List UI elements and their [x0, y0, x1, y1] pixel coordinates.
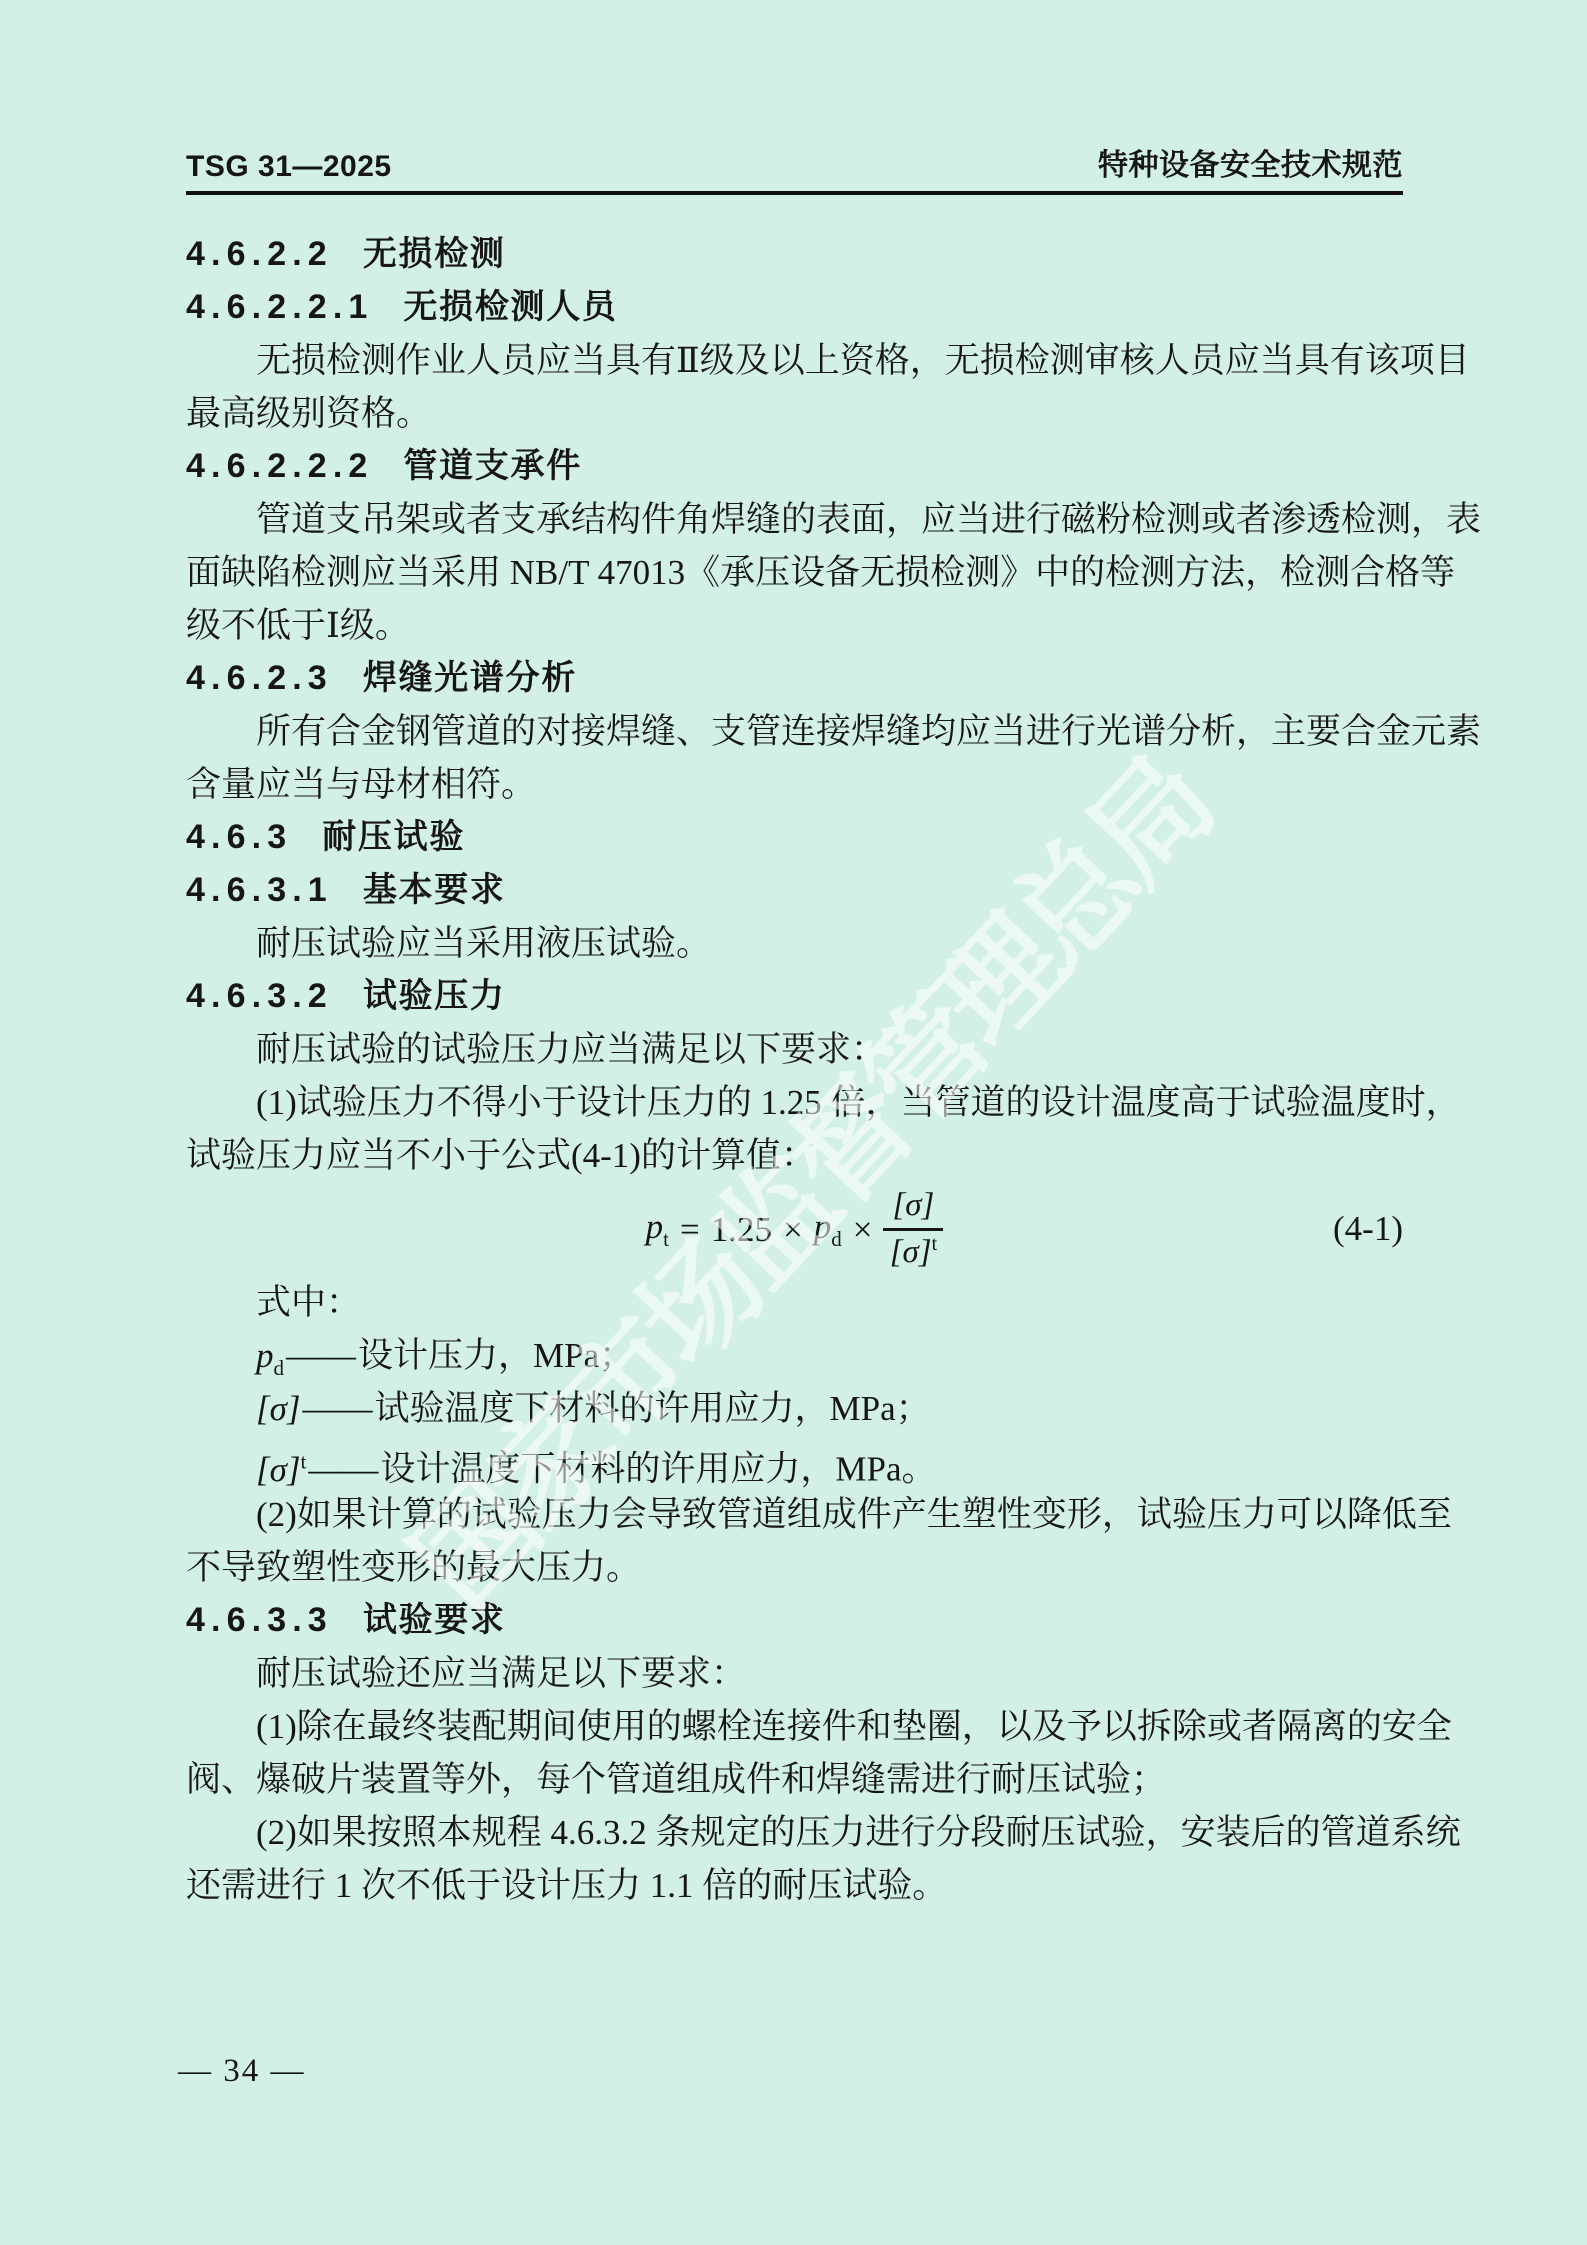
formula-lhs: pt	[646, 1209, 669, 1250]
body-line: 耐压试验还应当满足以下要求：	[186, 1647, 1403, 1700]
body-line: 试验压力应当不小于公式(4-1)的计算值：	[186, 1129, 1403, 1182]
formula-expression: pt=1.25×pd×[σ][σ]t	[646, 1187, 944, 1272]
clause-title: 无损检测	[363, 235, 506, 273]
symbol-definition: [σ]——试验温度下材料的许用应力，MPa；	[186, 1382, 1403, 1435]
body-line: 所有合金钢管道的对接焊缝、支管连接焊缝均应当进行光谱分析，主要合金元素	[186, 705, 1403, 758]
clause-number: 4.6.2.3	[186, 659, 333, 697]
clause-heading: 4.6.3耐压试验	[186, 811, 1403, 864]
body-line: (2)如果按照本规程 4.6.3.2 条规定的压力进行分段耐压试验，安装后的管道…	[186, 1806, 1403, 1859]
fraction: [σ][σ]t	[883, 1187, 943, 1272]
clause-title: 焊缝光谱分析	[363, 659, 577, 697]
equation-number: (4-1)	[1333, 1209, 1403, 1249]
body-line: 最高级别资格。	[186, 387, 1403, 440]
symbol: [σ]t	[256, 1450, 306, 1489]
document-body: 4.6.2.2无损检测 4.6.2.2.1无损检测人员 无损检测作业人员应当具有…	[186, 228, 1403, 1912]
body-line: (1)试验压力不得小于设计压力的 1.25 倍，当管道的设计温度高于试验温度时，	[186, 1076, 1403, 1129]
formula-pd: pd	[814, 1209, 842, 1250]
header-doc-title: 特种设备安全技术规范	[1098, 140, 1403, 184]
clause-number: 4.6.2.2.1	[186, 288, 373, 326]
document-page: TSG 31—2025 特种设备安全技术规范 4.6.2.2无损检测 4.6.2…	[0, 0, 1587, 2245]
clause-number: 4.6.3.2	[186, 977, 333, 1015]
symbol-definition: [σ]t——设计温度下材料的许用应力，MPa。	[186, 1435, 1403, 1488]
body-line: 式中：	[186, 1276, 1403, 1329]
clause-heading: 4.6.2.2.1无损检测人员	[186, 281, 1403, 334]
clause-number: 4.6.2.2	[186, 235, 333, 273]
clause-number: 4.6.3	[186, 818, 292, 856]
clause-heading: 4.6.3.2试验压力	[186, 970, 1403, 1023]
clause-heading: 4.6.3.3试验要求	[186, 1594, 1403, 1647]
clause-title: 耐压试验	[322, 818, 465, 856]
clause-title: 管道支承件	[403, 447, 582, 485]
clause-number: 4.6.3.3	[186, 1601, 333, 1639]
body-line: 耐压试验的试验压力应当满足以下要求：	[186, 1023, 1403, 1076]
fraction-numerator: [σ]	[883, 1187, 943, 1231]
clause-heading: 4.6.2.2无损检测	[186, 228, 1403, 281]
body-line: 级不低于Ⅰ级。	[186, 599, 1403, 652]
page-footer: — 34 —	[178, 2053, 306, 2090]
page-number: — 34 —	[178, 2053, 306, 2089]
body-line: 管道支吊架或者支承结构件角焊缝的表面，应当进行磁粉检测或者渗透检测，表	[186, 493, 1403, 546]
clause-heading: 4.6.3.1基本要求	[186, 864, 1403, 917]
formula: pt=1.25×pd×[σ][σ]t (4-1)	[186, 1182, 1403, 1276]
symbol: [σ]	[256, 1389, 301, 1428]
symbol-definition: pd——设计压力，MPa；	[186, 1329, 1403, 1382]
body-line: 耐压试验应当采用液压试验。	[186, 917, 1403, 970]
body-line: 含量应当与母材相符。	[186, 758, 1403, 811]
clause-number: 4.6.2.2.2	[186, 447, 373, 485]
body-line: 面缺陷检测应当采用 NB/T 47013《承压设备无损检测》中的检测方法，检测合…	[186, 546, 1403, 599]
body-line: 不导致塑性变形的最大压力。	[186, 1541, 1403, 1594]
fraction-denominator: [σ]t	[890, 1231, 937, 1272]
body-line: 阀、爆破片装置等外，每个管道组成件和焊缝需进行耐压试验；	[186, 1753, 1403, 1806]
body-line: (2)如果计算的试验压力会导致管道组成件产生塑性变形，试验压力可以降低至	[186, 1488, 1403, 1541]
body-line: 还需进行 1 次不低于设计压力 1.1 倍的耐压试验。	[186, 1859, 1403, 1912]
body-line: (1)除在最终装配期间使用的螺栓连接件和垫圈，以及予以拆除或者隔离的安全	[186, 1700, 1403, 1753]
clause-heading: 4.6.2.2.2管道支承件	[186, 440, 1403, 493]
clause-number: 4.6.3.1	[186, 871, 333, 909]
clause-title: 无损检测人员	[403, 288, 617, 326]
body-line: 无损检测作业人员应当具有Ⅱ级及以上资格，无损检测审核人员应当具有该项目	[186, 334, 1403, 387]
symbol: pd	[256, 1336, 284, 1375]
clause-title: 试验压力	[363, 977, 506, 1015]
clause-title: 试验要求	[363, 1601, 506, 1639]
clause-heading: 4.6.2.3焊缝光谱分析	[186, 652, 1403, 705]
header-doc-code: TSG 31—2025	[186, 150, 392, 184]
clause-title: 基本要求	[363, 871, 506, 909]
page-header: TSG 31—2025 特种设备安全技术规范	[186, 140, 1403, 195]
